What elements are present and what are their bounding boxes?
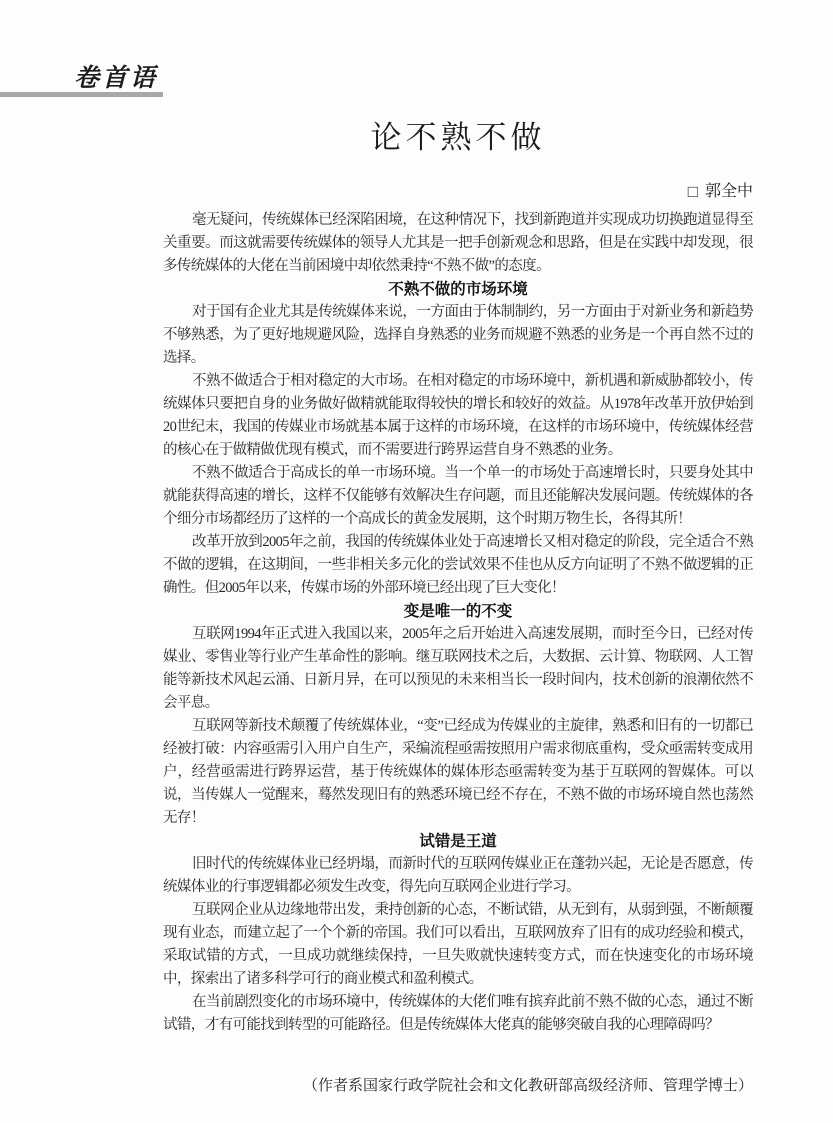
article-body: 毫无疑问，传统媒体已经深陷困境，在这种情况下，找到新跑道并实现成功切换跑道显得至…: [163, 209, 753, 1037]
paragraph: 互联网等新技术颠覆了传统媒体业，“变”已经成为传媒业的主旋律，熟悉和旧有的一切都…: [163, 715, 753, 830]
section-label: 卷首语: [74, 58, 158, 94]
masthead-rule: [0, 92, 163, 97]
section-heading: 试错是王道: [163, 830, 753, 853]
paragraph: 互联网企业从边缘地带出发，秉持创新的心态，不断试错，从无到有，从弱到强，不断颠覆…: [163, 899, 753, 991]
paragraph: 不熟不做适合于高成长的单一市场环境。当一个单一的市场处于高速增长时，只要身处其中…: [163, 462, 753, 531]
paragraph: 互联网1994年正式进入我国以来，2005年之后开始进入高速发展期，而时至今日，…: [163, 623, 753, 715]
article-column: 论不熟不做 □郭全中 毫无疑问，传统媒体已经深陷困境，在这种情况下，找到新跑道并…: [163, 118, 753, 1098]
magazine-preface-page: 卷首语 论不熟不做 □郭全中 毫无疑问，传统媒体已经深陷困境，在这种情况下，找到…: [0, 0, 833, 1123]
author-affiliation-footer: （作者系国家行政学院社会和文化教研部高级经济师、管理学博士）: [163, 1075, 753, 1098]
paragraph: 不熟不做适合于相对稳定的大市场。在相对稳定的市场环境中，新机遇和新威胁都较小，传…: [163, 370, 753, 462]
article-title: 论不熟不做: [163, 118, 753, 158]
author-line: □郭全中: [163, 179, 753, 203]
author-name: 郭全中: [705, 183, 753, 200]
paragraph: 毫无疑问，传统媒体已经深陷困境，在这种情况下，找到新跑道并实现成功切换跑道显得至…: [163, 209, 753, 278]
author-marker-icon: □: [688, 180, 698, 203]
section-heading: 变是唯一的不变: [163, 600, 753, 623]
section-heading: 不熟不做的市场环境: [163, 278, 753, 301]
paragraph: 在当前剧烈变化的市场环境中，传统媒体的大佬们唯有摈弃此前不熟不做的心态，通过不断…: [163, 991, 753, 1037]
paragraph: 对于国有企业尤其是传统媒体来说，一方面由于体制制约，另一方面由于对新业务和新趋势…: [163, 301, 753, 370]
paragraph: 改革开放到2005年之前，我国的传统媒体业处于高速增长又相对稳定的阶段，完全适合…: [163, 531, 753, 600]
paragraph: 旧时代的传统媒体业已经坍塌，而新时代的互联网传媒业正在蓬勃兴起，无论是否愿意，传…: [163, 853, 753, 899]
